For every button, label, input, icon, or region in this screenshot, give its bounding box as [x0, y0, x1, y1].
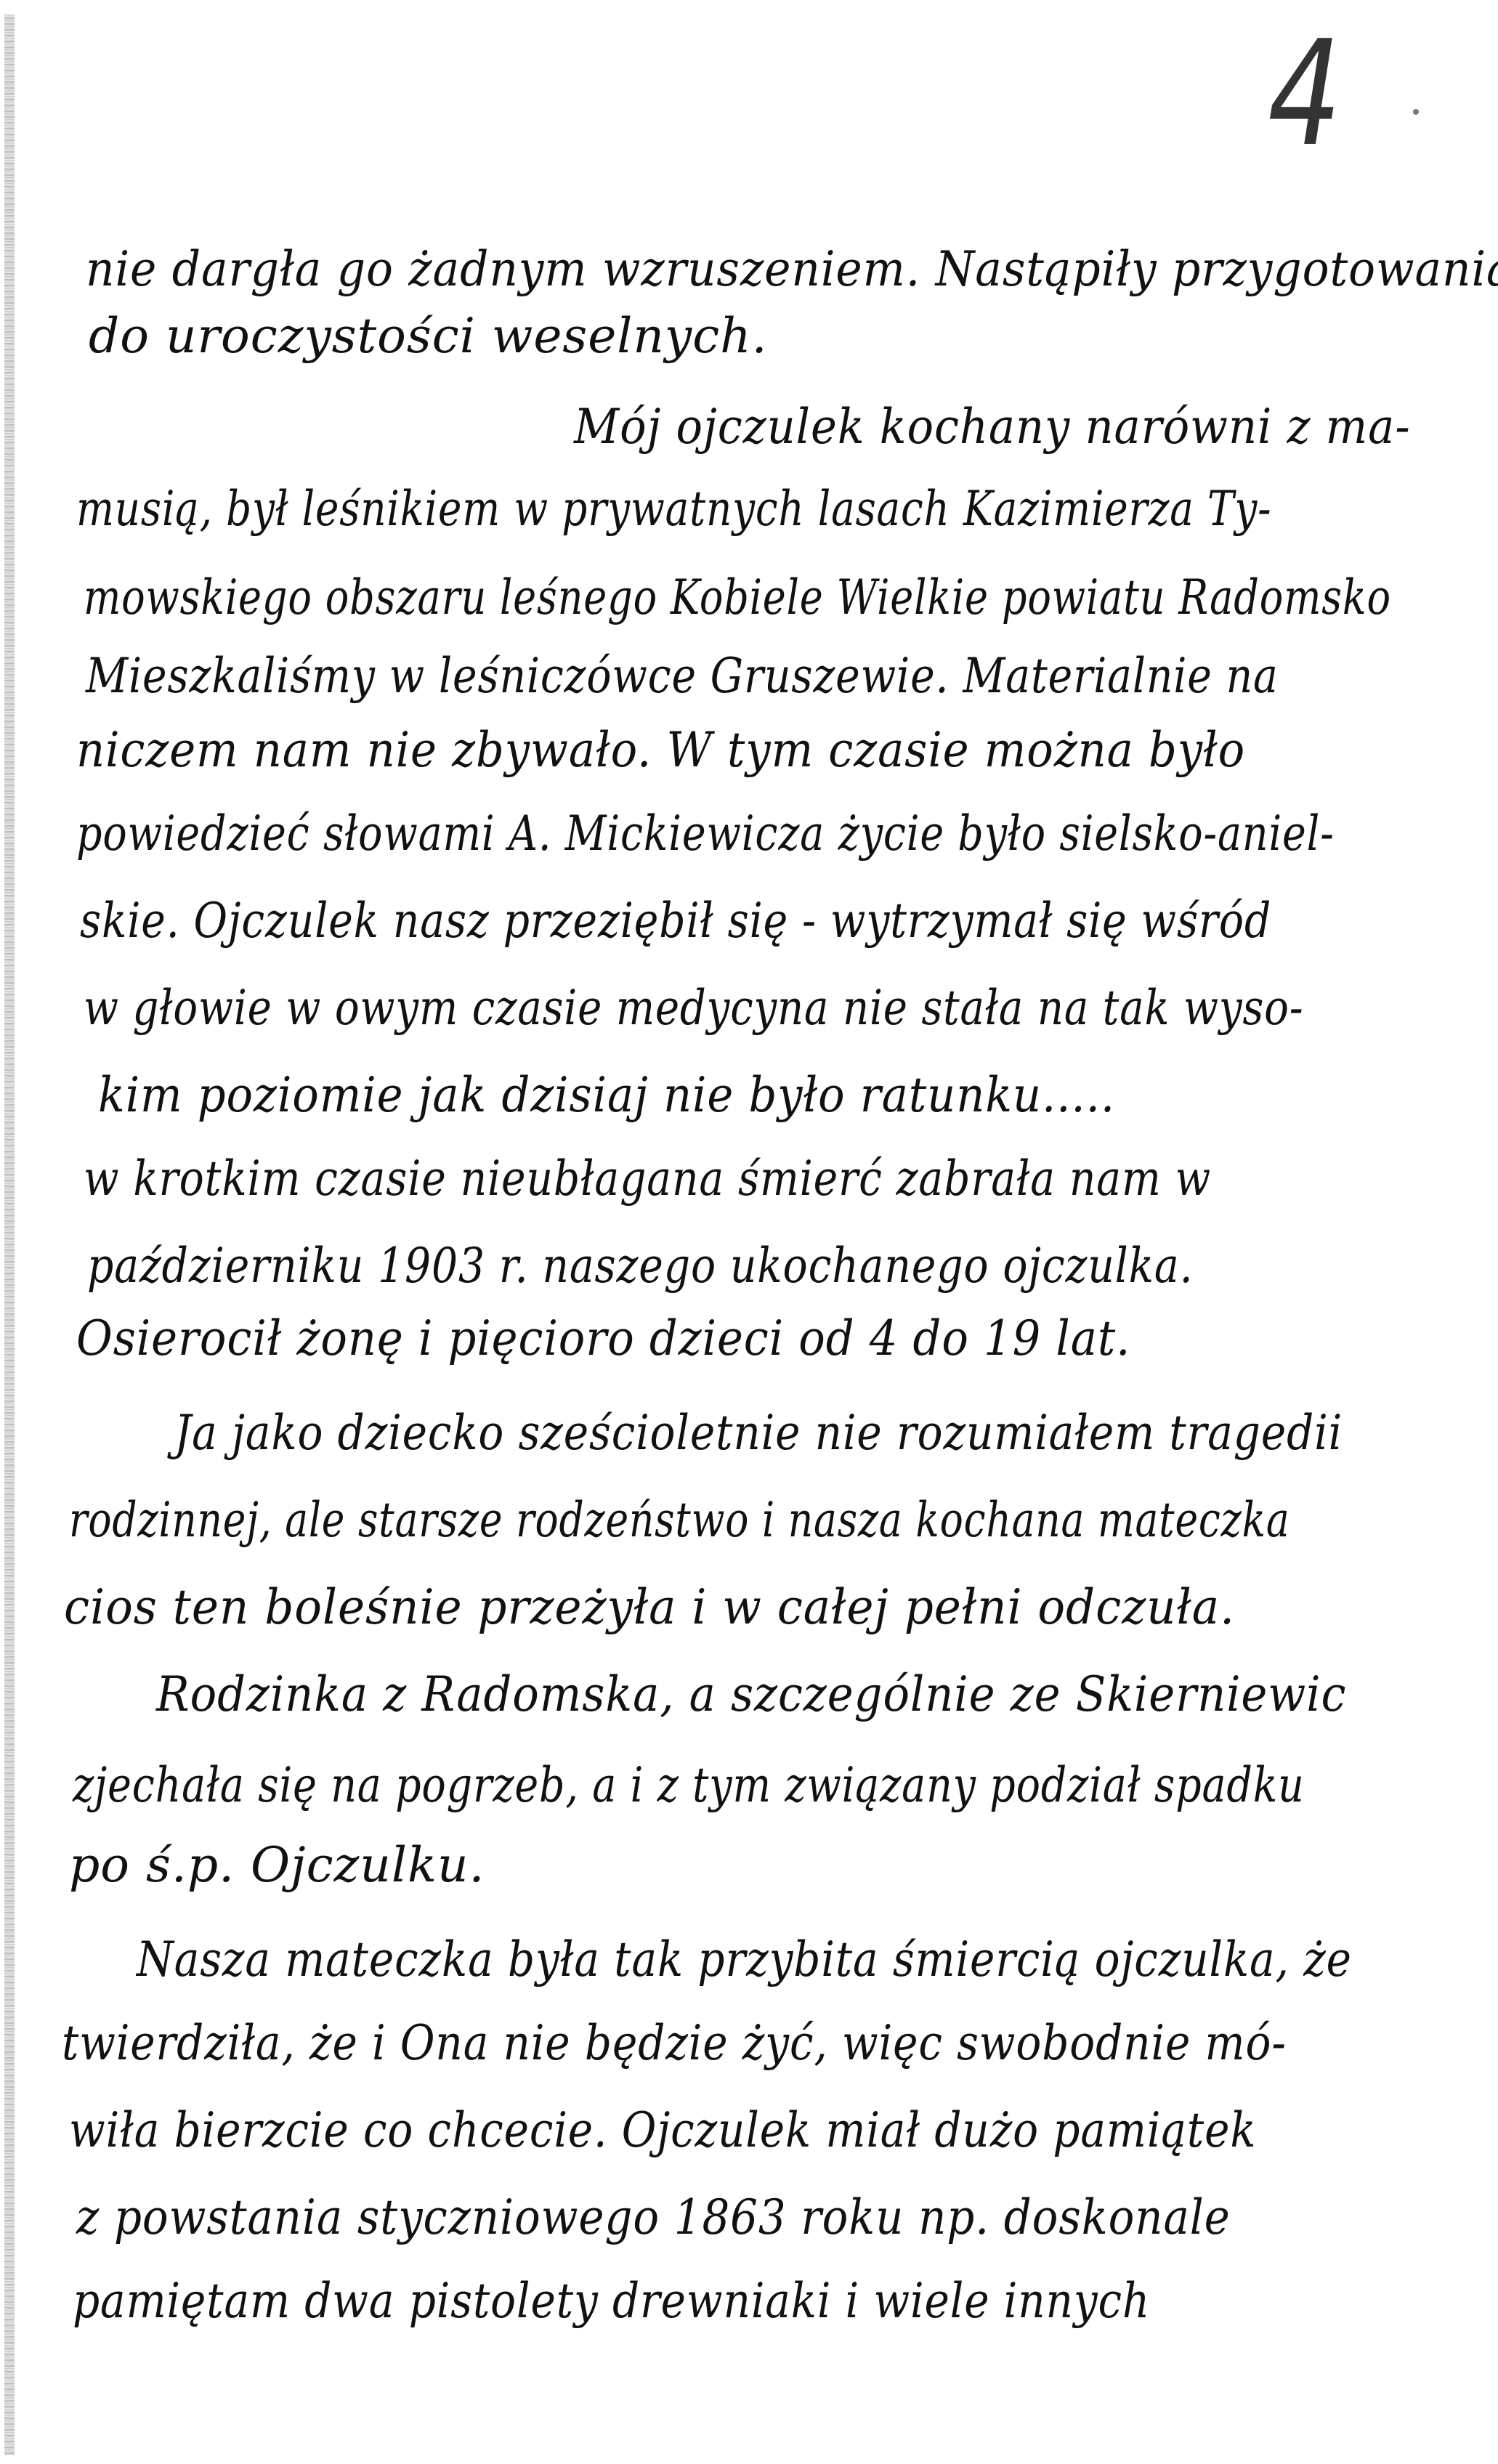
- text-line: zjechała się na pogrzeb, a i z tym związ…: [73, 1762, 1305, 1809]
- scanned-page-edge: [4, 15, 15, 2455]
- text-line: skie. Ojczulek nasz przeziębił się - wyt…: [80, 897, 1271, 945]
- text-line: Nasza mateczka była tak przybita śmierci…: [137, 1936, 1352, 1984]
- text-line: Rodzinka z Radomska, a szczególnie ze Sk…: [156, 1671, 1346, 1719]
- text-line: twierdziła, że i Ona nie będzie żyć, wię…: [62, 2019, 1287, 2067]
- text-line: z powstania styczniowego 1863 roku np. d…: [76, 2194, 1231, 2242]
- text-line: mowskiego obszaru leśnego Kobiele Wielki…: [84, 574, 1391, 622]
- text-line: Ja jako dziecko sześcioletnie nie rozumi…: [174, 1409, 1343, 1457]
- text-line: pamiętam dwa pistolety drewniaki i wiele…: [73, 2277, 1150, 2325]
- text-line: nie dargła go żadnym wzruszeniem. Nastąp…: [86, 246, 1498, 293]
- text-line: powiedzieć słowami A. Mickiewicza życie …: [76, 810, 1335, 858]
- text-line: w głowie w owym czasie medycyna nie stał…: [84, 984, 1304, 1032]
- text-line: Osierocił żonę i pięcioro dzieci od 4 do…: [76, 1315, 1130, 1363]
- text-line: cios ten boleśnie przeżyła i w całej peł…: [64, 1584, 1235, 1632]
- text-line: kim poziomie jak dzisiaj nie było ratunk…: [98, 1071, 1115, 1119]
- text-line: musią, był leśnikiem w prywatnych lasach…: [76, 485, 1271, 533]
- text-line: wiła bierzcie co chcecie. Ojczulek miał …: [69, 2107, 1256, 2155]
- page-number-dot: [1413, 109, 1419, 115]
- text-line: po ś.p. Ojczulku.: [69, 1841, 485, 1889]
- text-line: do uroczystości weselnych.: [89, 312, 768, 360]
- page-number: 4: [1268, 22, 1342, 167]
- manuscript-page: 4 nie dargła go żadnym wzruszeniem. Nast…: [0, 0, 1498, 2464]
- text-line: w krotkim czasie nieubłagana śmierć zabr…: [84, 1155, 1211, 1203]
- text-line: niczem nam nie zbywało. W tym czasie moż…: [76, 726, 1245, 774]
- text-line: październiku 1903 r. naszego ukochanego …: [87, 1242, 1194, 1290]
- text-line: rodzinnej, ale starsze rodzeństwo i nasz…: [69, 1496, 1290, 1544]
- text-line: Mieszkaliśmy w leśniczówce Gruszewie. Ma…: [86, 652, 1279, 700]
- text-line: Mój ojczulek kochany narówni z ma-: [574, 403, 1411, 451]
